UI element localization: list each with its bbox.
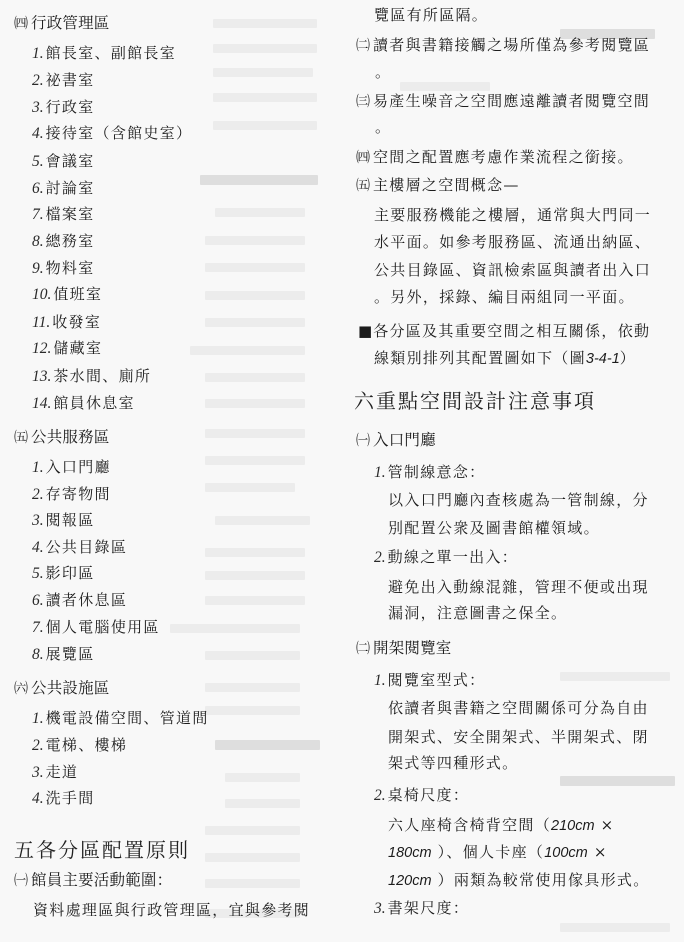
item-number: 13. bbox=[32, 367, 51, 387]
section-marker: ㈣ bbox=[356, 148, 373, 168]
item-number: 1. bbox=[374, 463, 386, 483]
ghost-text bbox=[205, 706, 300, 715]
item-number: 2. bbox=[32, 485, 44, 505]
section-marker: ㈠ bbox=[14, 871, 31, 891]
item-number: 6. bbox=[32, 179, 44, 199]
ghost-text bbox=[215, 208, 305, 217]
ghost-text bbox=[213, 44, 317, 53]
item-number: 8. bbox=[32, 232, 44, 252]
item-text: 行政室 bbox=[46, 98, 95, 116]
ghost-text bbox=[205, 826, 300, 835]
section-marker: ㈢ bbox=[356, 92, 373, 112]
item-text: 走道 bbox=[46, 763, 79, 781]
ghost-text bbox=[205, 429, 305, 438]
item-title: 閱覽室型式： bbox=[388, 671, 486, 689]
paragraph-line: 別配置公衆及圖書館權領域。 bbox=[388, 518, 600, 538]
item-text: 館長室、副館長室 bbox=[46, 44, 176, 62]
paragraph-line: 以入口門廳內查核處為一管制線，分 bbox=[388, 490, 649, 510]
section-marker: ㈣ bbox=[14, 14, 31, 34]
item-title: 桌椅尺度： bbox=[388, 786, 470, 804]
item-text: 機電設備空間、管道間 bbox=[46, 709, 209, 727]
list-item: 4.接待室（含館史室） bbox=[32, 123, 192, 143]
item-title: 管制線意念： bbox=[388, 463, 486, 481]
list-item: 8.總務室 bbox=[32, 231, 95, 251]
paragraph-line: 避免出入動線混雜，管理不便或出現 bbox=[388, 577, 649, 597]
ghost-text bbox=[205, 318, 305, 327]
numbered-item-title: 3.書架尺度： bbox=[374, 898, 469, 918]
subsection-title: 入口門廳 bbox=[373, 431, 436, 449]
list-item: 7.檔案室 bbox=[32, 204, 95, 224]
ghost-text bbox=[215, 740, 320, 750]
ghost-text bbox=[205, 263, 305, 272]
item-number: 1. bbox=[32, 458, 44, 478]
item-number: 4. bbox=[32, 789, 44, 809]
list-item: 10.值班室 bbox=[32, 284, 102, 304]
item-text: 總務室 bbox=[46, 232, 95, 250]
figure-reference: 3-4-1 bbox=[586, 351, 620, 367]
note-text: 線類別排列其配置圖如下（圖 bbox=[374, 349, 586, 367]
dimension-value: 120cm bbox=[388, 873, 432, 889]
item-number: 1. bbox=[32, 709, 44, 729]
ghost-text bbox=[205, 853, 300, 862]
list-item: 11.收發室 bbox=[32, 312, 101, 332]
list-item: 1.館長室、副館長室 bbox=[32, 43, 176, 63]
numbered-item-title: 1.管制線意念： bbox=[374, 462, 485, 482]
ghost-text bbox=[200, 175, 318, 185]
section-marker: ㈥ bbox=[14, 679, 31, 699]
principle-item: ㈣空間之配置應考慮作業流程之銜接。 bbox=[356, 147, 634, 167]
item-text: 個人電腦使用區 bbox=[46, 618, 160, 636]
ghost-text bbox=[205, 483, 295, 492]
principle-item: ㈡讀者與書籍接觸之場所僅為參考閱覽區 bbox=[356, 35, 650, 55]
paragraph-line: 。 bbox=[375, 117, 391, 137]
item-number: 7. bbox=[32, 618, 44, 638]
item-number: 10. bbox=[32, 285, 51, 305]
paragraph-line: 架式等四種形式。 bbox=[388, 753, 518, 773]
paragraph-line: 公共目錄區、資訊檢索區與讀者出入口 bbox=[374, 260, 651, 280]
numbered-item-title: 1.閱覽室型式： bbox=[374, 670, 485, 690]
dimension-value: 180cm bbox=[388, 845, 432, 861]
ghost-text bbox=[190, 346, 305, 355]
ghost-text bbox=[225, 799, 300, 808]
dimension-value: 100cm bbox=[544, 845, 588, 861]
numbered-item-title: 2.動線之單一出入： bbox=[374, 547, 518, 567]
item-text: 接待室（含館史室） bbox=[46, 124, 193, 142]
subsection-title: 館員主要活動範圍： bbox=[31, 871, 172, 889]
ghost-text bbox=[205, 651, 300, 660]
list-item: 5.影印區 bbox=[32, 563, 95, 583]
text-segment: ）兩類為較常使用傢具形式。 bbox=[438, 871, 650, 889]
section-marker: ㈤ bbox=[14, 428, 31, 448]
ghost-text bbox=[170, 624, 300, 633]
ghost-text bbox=[205, 596, 305, 605]
item-text: 公共目錄區 bbox=[46, 538, 128, 556]
ghost-text bbox=[225, 773, 300, 782]
list-item: 2.電梯、樓梯 bbox=[32, 735, 127, 755]
list-item: 2.祕書室 bbox=[32, 70, 95, 90]
principle-text: 主樓層之空間概念— bbox=[373, 176, 520, 194]
list-item: 8.展覽區 bbox=[32, 644, 95, 664]
ghost-text bbox=[215, 516, 310, 525]
ghost-text bbox=[205, 291, 305, 300]
item-number: 3. bbox=[374, 899, 386, 919]
item-number: 2. bbox=[374, 786, 386, 806]
list-item: 6.討論室 bbox=[32, 178, 95, 198]
ghost-text bbox=[213, 93, 317, 102]
dimension-value: 210cm bbox=[551, 818, 595, 834]
item-number: 12. bbox=[32, 339, 51, 359]
chapter-heading-zoning-principles: 五各分區配置原則 bbox=[14, 838, 190, 862]
list-item: 7.個人電腦使用區 bbox=[32, 617, 160, 637]
list-item: 6.讀者休息區 bbox=[32, 590, 127, 610]
note-text: 各分區及其重要空間之相互關係，依動 bbox=[373, 322, 650, 340]
item-text: 電梯、樓梯 bbox=[46, 736, 128, 754]
item-text: 存寄物間 bbox=[46, 485, 111, 503]
item-text: 討論室 bbox=[46, 179, 95, 197]
section-marker: ㈤ bbox=[356, 176, 373, 196]
item-number: 11. bbox=[32, 313, 50, 333]
ghost-text bbox=[213, 19, 317, 28]
note-line: ■各分區及其重要空間之相互關係，依動 bbox=[358, 321, 650, 341]
paragraph-line: 。另外，採錄、編目兩組同一平面。 bbox=[374, 287, 635, 307]
list-item: 2.存寄物間 bbox=[32, 484, 111, 504]
item-number: 4. bbox=[32, 124, 44, 144]
list-item: 3.閱報區 bbox=[32, 510, 95, 530]
list-item: 13.茶水間、廁所 bbox=[32, 366, 151, 386]
square-bullet-icon: ■ bbox=[358, 322, 372, 340]
note-text: ） bbox=[620, 349, 636, 367]
principle-item: ㈤主樓層之空間概念— bbox=[356, 175, 520, 195]
paragraph-line: 水平面。如參考服務區、流通出納區、 bbox=[374, 232, 651, 252]
section-marker: ㈡ bbox=[356, 36, 373, 56]
item-text: 入口門廳 bbox=[46, 458, 111, 476]
ghost-text bbox=[213, 121, 317, 130]
section-title: 行政管理區 bbox=[31, 14, 110, 32]
list-item: 12.儲藏室 bbox=[32, 338, 102, 358]
paragraph-line: 180cm ）、個人卡座（100cm × bbox=[388, 842, 608, 862]
ghost-text bbox=[205, 399, 305, 408]
item-text: 洗手間 bbox=[46, 789, 95, 807]
item-text: 茶水間、廁所 bbox=[53, 367, 151, 385]
item-number: 5. bbox=[32, 564, 44, 584]
section-heading-public-facilities: ㈥公共設施區 bbox=[14, 678, 110, 698]
numbered-item-title: 2.桌椅尺度： bbox=[374, 785, 469, 805]
item-text: 館員休息室 bbox=[53, 394, 135, 412]
principle-text: 空間之配置應考慮作業流程之銜接。 bbox=[373, 148, 634, 166]
ghost-text bbox=[560, 923, 670, 932]
section-heading-administration: ㈣行政管理區 bbox=[14, 13, 110, 33]
item-text: 展覽區 bbox=[46, 645, 95, 663]
item-text: 閱報區 bbox=[46, 511, 95, 529]
item-number: 1. bbox=[32, 44, 44, 64]
item-text: 儲藏室 bbox=[53, 339, 102, 357]
ghost-text bbox=[213, 68, 313, 77]
multiply-sign: × bbox=[601, 816, 615, 834]
paragraph-line: 。 bbox=[375, 62, 391, 82]
principle-item: ㈢易產生噪音之空間應遠離讀者閱覽空間 bbox=[356, 91, 650, 111]
item-text: 祕書室 bbox=[46, 71, 95, 89]
item-number: 4. bbox=[32, 538, 44, 558]
ghost-text bbox=[205, 571, 305, 580]
item-number: 2. bbox=[32, 71, 44, 91]
section-title: 公共服務區 bbox=[31, 428, 110, 446]
item-text: 值班室 bbox=[53, 285, 102, 303]
item-text: 會議室 bbox=[46, 152, 95, 170]
paragraph-line: 開架式、安全開架式、半開架式、閉 bbox=[388, 727, 649, 747]
item-number: 6. bbox=[32, 591, 44, 611]
list-item: 9.物料室 bbox=[32, 258, 95, 278]
item-number: 5. bbox=[32, 152, 44, 172]
item-number: 14. bbox=[32, 394, 51, 414]
section-heading-public-service: ㈤公共服務區 bbox=[14, 427, 110, 447]
multiply-sign: × bbox=[594, 843, 608, 861]
paragraph-line: 120cm ）兩類為較常使用傢具形式。 bbox=[388, 870, 650, 890]
list-item: 4.洗手間 bbox=[32, 788, 95, 808]
subsection-title: 開架閱覽室 bbox=[373, 639, 452, 657]
item-text: 讀者休息區 bbox=[46, 591, 128, 609]
list-item: 3.行政室 bbox=[32, 97, 95, 117]
note-line: 線類別排列其配置圖如下（圖3-4-1） bbox=[374, 348, 636, 368]
ghost-text bbox=[560, 672, 670, 681]
list-item: 5.會議室 bbox=[32, 151, 95, 171]
item-number: 1. bbox=[374, 671, 386, 691]
item-title: 書架尺度： bbox=[388, 899, 470, 917]
ghost-text bbox=[205, 548, 305, 557]
list-item: 1.入口門廳 bbox=[32, 457, 111, 477]
paragraph-line: 依讀者與書籍之空間關係可分為自由 bbox=[388, 698, 649, 718]
item-number: 2. bbox=[32, 736, 44, 756]
ghost-text bbox=[205, 236, 305, 245]
item-text: 收發室 bbox=[52, 313, 101, 331]
text-segment: 六人座椅含椅背空間（ bbox=[388, 816, 551, 834]
item-text: 物料室 bbox=[46, 259, 95, 277]
ghost-text bbox=[205, 879, 300, 888]
paragraph-line: 覽區有所區隔。 bbox=[374, 5, 488, 25]
text-segment: ）、個人卡座（ bbox=[438, 843, 545, 861]
item-text: 檔案室 bbox=[46, 205, 95, 223]
item-number: 3. bbox=[32, 763, 44, 783]
section-title: 公共設施區 bbox=[31, 679, 110, 697]
paragraph-line: 資料處理區與行政管理區，宜與參考閱 bbox=[33, 900, 310, 920]
section-marker: ㈡ bbox=[356, 639, 373, 659]
item-number: 8. bbox=[32, 645, 44, 665]
ghost-text bbox=[400, 82, 490, 91]
item-number: 7. bbox=[32, 205, 44, 225]
paragraph-line: 主要服務機能之樓層，通常與大門同一 bbox=[374, 205, 651, 225]
ghost-text bbox=[205, 456, 305, 465]
item-number: 2. bbox=[374, 548, 386, 568]
ghost-text bbox=[560, 776, 675, 786]
principle-text: 易產生噪音之空間應遠離讀者閱覽空間 bbox=[373, 92, 650, 110]
ghost-text bbox=[205, 373, 305, 382]
list-item: 4.公共目錄區 bbox=[32, 537, 127, 557]
list-item: 1.機電設備空間、管道間 bbox=[32, 708, 209, 728]
item-text: 影印區 bbox=[46, 564, 95, 582]
item-title: 動線之單一出入： bbox=[388, 548, 518, 566]
subsection-heading: ㈡開架閱覽室 bbox=[356, 638, 452, 658]
paragraph-line: 漏洞，注意圖書之保全。 bbox=[388, 603, 567, 623]
list-item: 14.館員休息室 bbox=[32, 393, 135, 413]
paragraph-line: 六人座椅含椅背空間（210cm × bbox=[388, 815, 615, 835]
item-number: 3. bbox=[32, 98, 44, 118]
subsection-heading: ㈠館員主要活動範圍： bbox=[14, 870, 172, 890]
item-number: 3. bbox=[32, 511, 44, 531]
ghost-text bbox=[205, 683, 300, 692]
subsection-heading: ㈠入口門廳 bbox=[356, 430, 436, 450]
item-number: 9. bbox=[32, 259, 44, 279]
list-item: 3.走道 bbox=[32, 762, 78, 782]
chapter-heading-design-notes: 六重點空間設計注意事項 bbox=[354, 389, 596, 413]
section-marker: ㈠ bbox=[356, 431, 373, 451]
principle-text: 讀者與書籍接觸之場所僅為參考閱覽區 bbox=[373, 36, 650, 54]
